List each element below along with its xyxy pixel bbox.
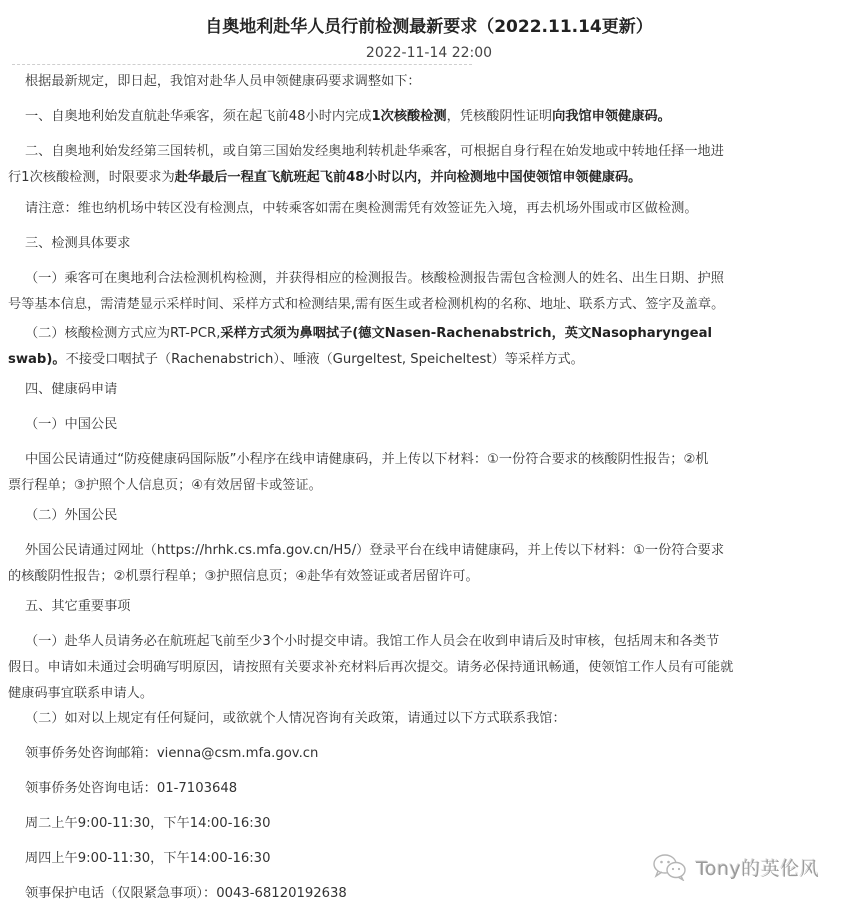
contact-email-text: 领事侨务处咨询邮箱：vienna@csm.mfa.gov.cn <box>25 746 318 761</box>
contact-phone-text: 领事侨务处咨询电话：01-7103648 <box>25 781 237 796</box>
section-4-1-heading: （一）中国公民 <box>8 412 808 438</box>
watermark: Tony的英伦风 <box>652 852 819 882</box>
s3-2-bold-b: 采样方式须为鼻咽拭子(德文Nasen-Rachenabstrich，英文Naso… <box>220 326 712 341</box>
p2-text-a: 二、自奥地利始发经第三国转机，或自第三国始发经奥地利转机赴华乘客，可根据自身行程… <box>25 144 724 159</box>
section-4-heading-text: 四、健康码申请 <box>25 382 117 397</box>
section-3-item-2: （二）核酸检测方式应为RT-PCR,采样方式须为鼻咽拭子(德文Nasen-Rac… <box>8 321 808 373</box>
section-4-2-heading: （二）外国公民 <box>8 503 808 529</box>
p1-bold-b: 1次核酸检测 <box>371 109 446 124</box>
s3-2-d: 不接受口咽拭子（Rachenabstrich）、唾液（Gurgeltest, S… <box>66 352 584 367</box>
p2-bold-c: 赴华最后一程直飞航班起飞前48小时以内，并向检测地中国使领馆申领健康码。 <box>175 170 642 185</box>
notice-text: 请注意：维也纳机场中转区没有检测点，中转乘客如需在奥检测需凭有效签证先入境，再去… <box>25 201 698 216</box>
section-4-1-heading-text: （一）中国公民 <box>25 417 117 432</box>
intro-paragraph: 根据最新规定，即日起，我馆对赴华人员申领健康码要求调整如下： <box>8 69 808 95</box>
notice-paragraph: 请注意：维也纳机场中转区没有检测点，中转乘客如需在奥检测需凭有效签证先入境，再去… <box>8 196 808 222</box>
section-5-heading: 五、其它重要事项 <box>8 594 808 620</box>
s5-1-line3: 健康码事宜联系申请人。 <box>8 686 153 701</box>
s4-2-line2: 的核酸阴性报告；②机票行程单；③护照信息页；④赴华有效签证或者居留许可。 <box>8 569 479 584</box>
s3-2-bold-c: swab)。 <box>8 352 66 367</box>
s3-1-line1: （一）乘客可在奥地利合法检测机构检测，并获得相应的检测报告。核酸检测报告需包含检… <box>25 271 724 286</box>
emergency-phone: 领事保护电话（仅限紧急事项）：0043-68120192638 <box>8 881 808 907</box>
section-5-item-2: （二）如对以上规定有任何疑问，或欲就个人情况咨询有关政策，请通过以下方式联系我馆… <box>8 706 808 732</box>
s3-2-a: （二）核酸检测方式应为RT-PCR, <box>25 326 220 341</box>
section-5-item-1: （一）赴华人员请务必在航班起飞前至少3个小时提交申请。我馆工作人员会在收到申请后… <box>8 629 808 707</box>
paragraph-1: 一、自奥地利始发直航赴华乘客，须在起飞前48小时内完成1次核酸检测，凭核酸阴性证… <box>8 104 808 130</box>
s5-1-line2: 假日。申请如未通过会明确写明原因，请按照有关要求补充材料后再次提交。请务必保持通… <box>8 660 733 675</box>
s4-1-line1: 中国公民请通过“防疫健康码国际版”小程序在线申请健康码，并上传以下材料：①一份符… <box>25 452 709 467</box>
contact-email: 领事侨务处咨询邮箱：vienna@csm.mfa.gov.cn <box>8 741 808 767</box>
s5-1-line1: （一）赴华人员请务必在航班起飞前至少3个小时提交申请。我馆工作人员会在收到申请后… <box>25 634 719 649</box>
hours-tuesday: 周二上午9:00-11:30，下午14:00-16:30 <box>8 811 808 837</box>
paragraph-2: 二、自奥地利始发经第三国转机，或自第三国始发经奥地利转机赴华乘客，可根据自身行程… <box>8 139 808 191</box>
section-3-item-1: （一）乘客可在奥地利合法检测机构检测，并获得相应的检测报告。核酸检测报告需包含检… <box>8 266 808 318</box>
section-4-2-body: 外国公民请通过网址（https://hrhk.cs.mfa.gov.cn/H5/… <box>8 538 808 590</box>
p1-text-a: 一、自奥地利始发直航赴华乘客，须在起飞前48小时内完成 <box>25 109 371 124</box>
section-3-heading-text: 三、检测具体要求 <box>25 236 131 251</box>
s4-1-line2: 票行程单；③护照个人信息页；④有效居留卡或签证。 <box>8 478 322 493</box>
s5-2-text: （二）如对以上规定有任何疑问，或欲就个人情况咨询有关政策，请通过以下方式联系我馆… <box>25 711 566 726</box>
intro-text: 根据最新规定，即日起，我馆对赴华人员申领健康码要求调整如下： <box>25 74 421 89</box>
watermark-text: Tony的英伦风 <box>696 854 819 881</box>
article-date: 2022-11-14 22:00 <box>0 45 858 61</box>
s3-1-line2: 号等基本信息，需清楚显示采样时间、采样方式和检测结果,需有医生或者检测机构的名称… <box>8 297 724 312</box>
hours-thursday-text: 周四上午9:00-11:30，下午14:00-16:30 <box>25 851 270 866</box>
p1-text-c: ，凭核酸阴性证明 <box>447 109 553 124</box>
hours-tuesday-text: 周二上午9:00-11:30，下午14:00-16:30 <box>25 816 270 831</box>
wechat-icon <box>652 853 688 881</box>
section-4-1-body: 中国公民请通过“防疫健康码国际版”小程序在线申请健康码，并上传以下材料：①一份符… <box>8 447 808 499</box>
s4-2-line1: 外国公民请通过网址（https://hrhk.cs.mfa.gov.cn/H5/… <box>25 543 724 558</box>
section-5-heading-text: 五、其它重要事项 <box>25 599 131 614</box>
article-title: 自奥地利赴华人员行前检测最新要求（2022.11.14更新） <box>0 12 858 37</box>
divider <box>12 64 472 65</box>
p2-text-b: 行1次核酸检测，时限要求为 <box>8 170 175 185</box>
section-4-heading: 四、健康码申请 <box>8 377 808 403</box>
section-3-heading: 三、检测具体要求 <box>8 231 808 257</box>
section-4-2-heading-text: （二）外国公民 <box>25 508 117 523</box>
p1-bold-d: 向我馆申领健康码。 <box>552 109 671 124</box>
emergency-phone-text: 领事保护电话（仅限紧急事项）：0043-68120192638 <box>25 886 347 901</box>
contact-phone: 领事侨务处咨询电话：01-7103648 <box>8 776 808 802</box>
